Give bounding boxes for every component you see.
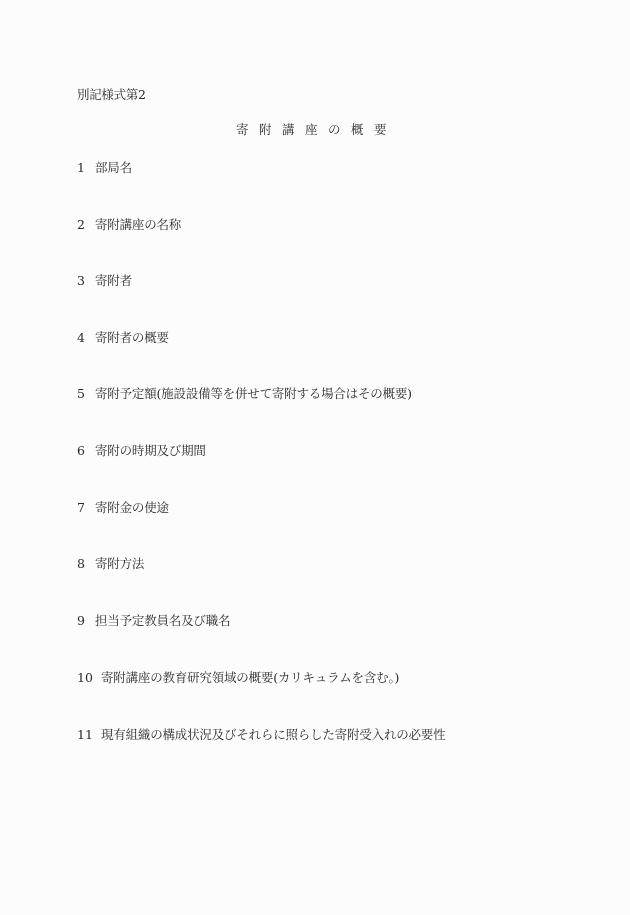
form-number: 別記様式第2 [77,87,146,103]
item-label: 寄附者の概要 [95,330,169,345]
item-number: 5 [77,386,95,402]
list-item-department: 1部局名 [77,160,132,176]
item-number: 9 [77,613,95,629]
item-number: 2 [77,217,95,233]
item-number: 7 [77,500,95,516]
document-title: 寄附講座の概要 [236,122,397,138]
list-item-donation-method: 8寄附方法 [77,556,144,572]
item-label: 寄附金の使途 [95,500,169,515]
document-page: 別記様式第2 寄附講座の概要 1部局名 2寄附講座の名称 3寄附者 4寄附者の概… [0,0,630,915]
list-item-faculty: 9担当予定教員名及び職名 [77,613,230,629]
item-label: 寄附講座の名称 [95,217,181,232]
item-label: 寄附予定額(施設設備等を併せて寄附する場合はその概要) [95,386,412,401]
list-item-course-name: 2寄附講座の名称 [77,217,181,233]
list-item-research-area: 10寄附講座の教育研究領域の概要(カリキュラムを含む。) [77,670,399,686]
item-number: 4 [77,330,95,346]
list-item-fund-use: 7寄附金の使途 [77,500,169,516]
item-number: 3 [77,273,95,289]
item-label: 寄附方法 [95,556,144,571]
item-number: 11 [77,727,101,743]
item-number: 1 [77,160,95,176]
list-item-timing-period: 6寄附の時期及び期間 [77,443,206,459]
item-number: 8 [77,556,95,572]
item-number: 6 [77,443,95,459]
item-number: 10 [77,670,101,686]
item-label: 現有組織の構成状況及びそれらに照らした寄附受入れの必要性 [101,727,445,742]
item-label: 寄附講座の教育研究領域の概要(カリキュラムを含む。) [101,670,399,685]
item-label: 部局名 [95,160,132,175]
list-item-donor: 3寄附者 [77,273,132,289]
item-label: 寄附者 [95,273,132,288]
list-item-necessity: 11現有組織の構成状況及びそれらに照らした寄附受入れの必要性 [77,727,445,743]
list-item-donor-overview: 4寄附者の概要 [77,330,169,346]
item-label: 担当予定教員名及び職名 [95,613,230,628]
list-item-planned-amount: 5寄附予定額(施設設備等を併せて寄附する場合はその概要) [77,386,412,402]
item-label: 寄附の時期及び期間 [95,443,206,458]
